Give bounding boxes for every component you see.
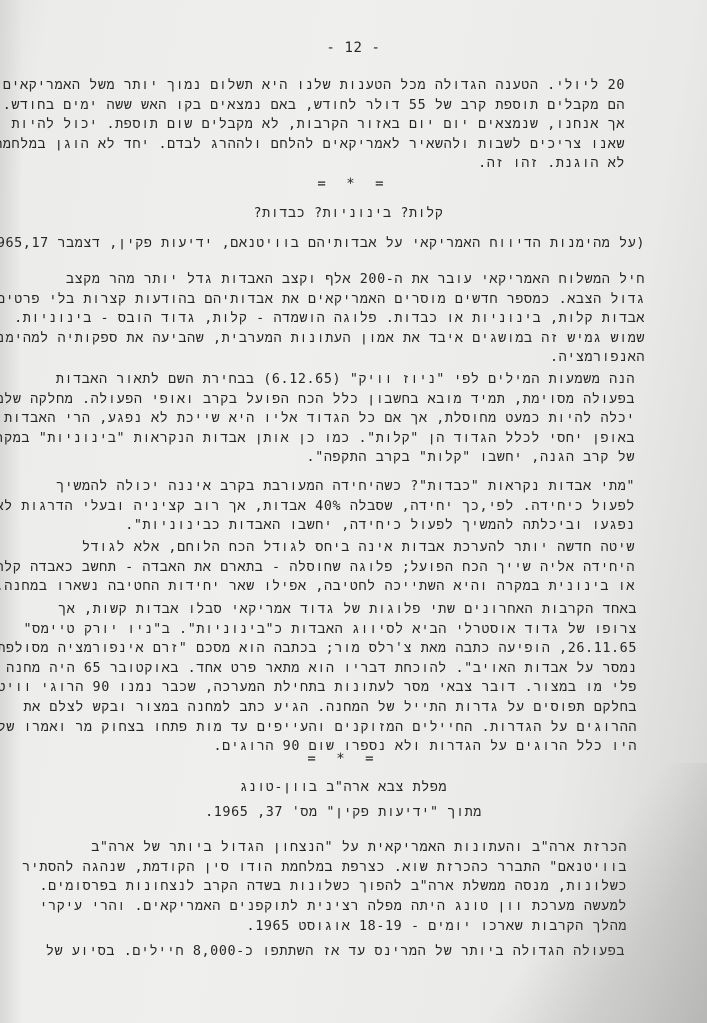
section-2-paragraph-3: בפעולה הגדולה ביותר של המרינס עד אז השתת… xyxy=(46,942,625,962)
text-line: הכרזת ארה"ב והעתונות האמריקאית על "הנצחו… xyxy=(22,838,627,858)
text-line: באופן יחסי לכלל הגדוד הן "קלות". כמו כן … xyxy=(0,429,635,449)
text-line: בוויטנאם" התברר כהכרזת שוא. כצרפת במלחמת… xyxy=(22,858,627,878)
section-separator: = * = xyxy=(0,751,707,767)
text-line: יכלה להיות כמעט מחוסלת, אך אם כל הגדוד א… xyxy=(0,409,635,429)
text-line: 26.11.65, הופיעה כתבה מאת צ'רלס מור; בכת… xyxy=(0,639,637,659)
scanned-document-page: - 12 - 20 ליולי. הטענה הגדולה מכל הטענות… xyxy=(0,0,707,1023)
text-line: נמסר על אבדות האויב". להוכחת דבריו הוא מ… xyxy=(0,659,637,679)
text-line: בפעולה מסוימת, תמיד מובא בחשבון כלל הכח … xyxy=(0,390,635,410)
text-line: גדול הצבא. כמספר חדשים מוסרים האמריקאים … xyxy=(0,290,645,310)
text-line: חיל המשלוח האמריקאי עובר את ה-200 אלף וק… xyxy=(0,270,645,290)
text-line: היחידה אליה שייך הכח הפועל; פלוגה שחוסלה… xyxy=(0,558,635,578)
text-line: שיטה חדשה יותר להערכת אבדות אינה ביחס לג… xyxy=(0,538,635,558)
text-line: או בינונית במקרה והיא השתייכה לחטיבה, אפ… xyxy=(0,577,635,597)
section-2-subtitle: מתוך "ידיעות פקין" מס' 37, 1965. xyxy=(0,805,707,821)
section-1-paragraph-3: "מתי אבדות נקראות "כבדות"? כשהיחידה המעו… xyxy=(0,477,635,536)
text-line: ההרוגים על הגדרות. החיילים המזוקנים והעי… xyxy=(0,718,637,738)
section-2-title: מפלת צבא ארה"ב בוון-טונג xyxy=(0,780,707,796)
text-line: האנפורמציה. xyxy=(0,348,645,368)
text-line: שאנו צריכים לשבות ולהשאיר לאמריקאים להלח… xyxy=(0,135,625,155)
text-line: לפעול כיחידה. לפי,כך יחידה, שסבלה 40% אב… xyxy=(0,497,635,517)
section-separator: = * = xyxy=(0,176,707,192)
section-1-paragraph-1: חיל המשלוח האמריקאי עובר את ה-200 אלף וק… xyxy=(0,270,645,368)
text-line: של קרב הגנה, יחשבו "קלות" בקרב התקפה". xyxy=(0,448,635,468)
text-line: הם מקבלים תוספת קרב של 55 דולר לחודש, בא… xyxy=(0,96,625,116)
section-1-paragraph-2: הנה משמעות המילים לפי "ניוז וויק" (6.12.… xyxy=(0,370,635,468)
text-line: שמוש גמיש זה במושגים איבד את אמון העתונו… xyxy=(0,329,645,349)
text-line: לא הוגנת. זהו זה. xyxy=(0,154,625,174)
section-2-paragraph-2: למעשה מערכת וון טונג היתה מפלה רצינית לת… xyxy=(39,897,627,936)
section-1-paragraph-5: באחד הקרבות האחרונים שתי פלוגות של גדוד … xyxy=(0,600,637,757)
text-line: 20 ליולי. הטענה הגדולה מכל הטענות שלנו ה… xyxy=(0,76,625,96)
text-line: נפגעו וביכלתה להמשיך לפעול כיחידה, יחשבו… xyxy=(0,516,635,536)
text-line: "מתי אבדות נקראות "כבדות"? כשהיחידה המעו… xyxy=(0,477,635,497)
text-line: בפעולה הגדולה ביותר של המרינס עד אז השתת… xyxy=(46,942,625,962)
intro-paragraph: 20 ליולי. הטענה הגדולה מכל הטענות שלנו ה… xyxy=(0,76,625,174)
page-number: - 12 - xyxy=(0,40,707,56)
section-1-subtitle: (על מהימנות הדיווח האמריקאי על אבדותיהם … xyxy=(0,234,645,254)
text-line: מהלך הקרבות שארכו יומים - 18-19 אוגוסט 1… xyxy=(39,917,627,937)
section-1-title: קלות? בינוניות? כבדות? xyxy=(0,206,707,222)
text-line: באחד הקרבות האחרונים שתי פלוגות של גדוד … xyxy=(0,600,637,620)
text-line: אבדות קלות, בינוניות או כבדות. פלוגה הוש… xyxy=(0,309,645,329)
text-line: כשלונות, מנסה ממשלת ארה"ב להפוך כשלונות … xyxy=(22,877,627,897)
text-line: צרופו של גדוד אוסטרלי הביא לסיווג האבדות… xyxy=(0,620,637,640)
text-line: פלי מו במצור. דובר צבאי מסר לעתונות בתחי… xyxy=(0,678,637,698)
text-line: הנה משמעות המילים לפי "ניוז וויק" (6.12.… xyxy=(0,370,635,390)
text-line: למעשה מערכת וון טונג היתה מפלה רצינית לת… xyxy=(39,897,627,917)
section-1-paragraph-4: שיטה חדשה יותר להערכת אבדות אינה ביחס לג… xyxy=(0,538,635,597)
text-line: אך אנחנו, שנמצאים יום יום באזור הקרבות, … xyxy=(0,115,625,135)
section-2-paragraph-1: הכרזת ארה"ב והעתונות האמריקאית על "הנצחו… xyxy=(22,838,627,897)
text-line: בחלקם תפוסים על גדרות התייל של המחנה. הג… xyxy=(0,698,637,718)
